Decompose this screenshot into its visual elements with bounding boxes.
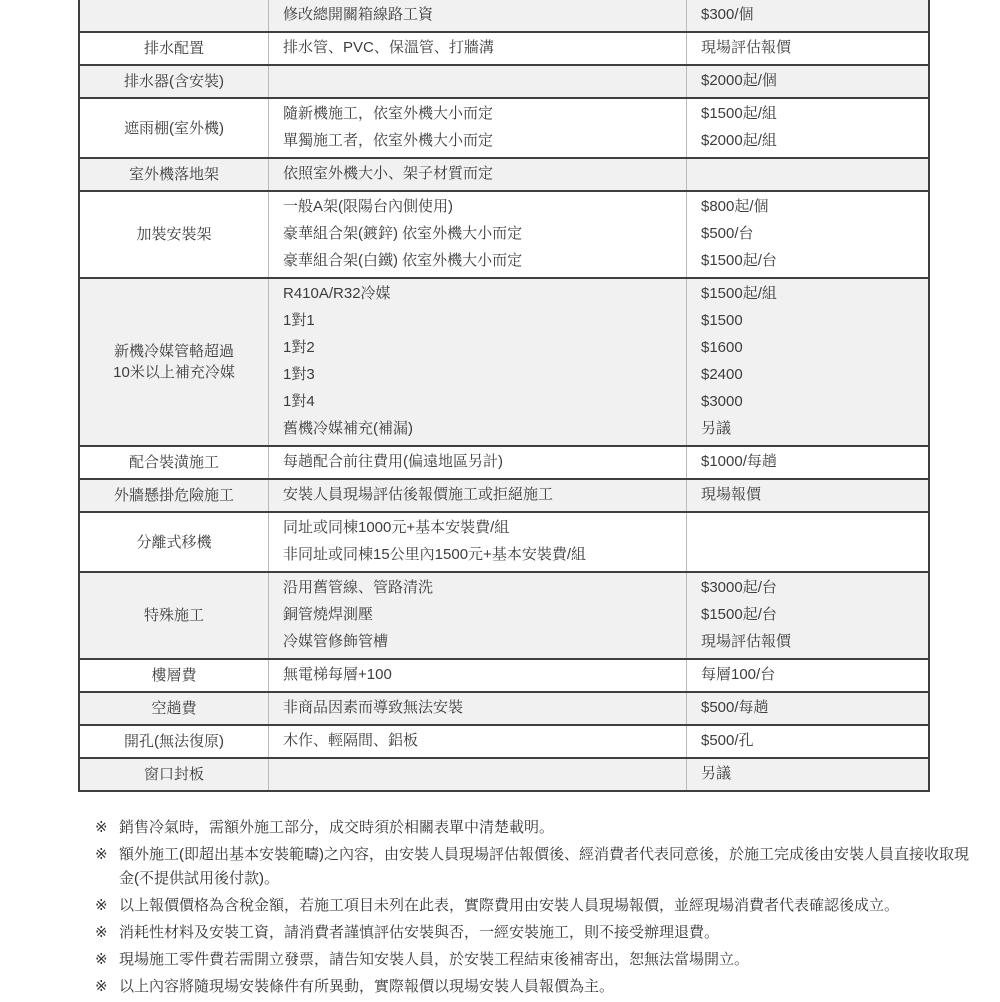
group-rows: 非商品因素而導致無法安裝$500/每趟: [268, 693, 928, 724]
table-group: 配合裝潢施工每趟配合前往費用(偏遠地區另計)$1000/每趟: [80, 445, 928, 478]
group-rows: 無電梯每層+100每層100/台: [268, 660, 928, 691]
price-cell: $3000: [686, 389, 928, 416]
table-row: 安裝人員現場評估後報價施工或拒絕施工現場報價: [268, 482, 928, 509]
table-group: 開孔(無法復原)木作、輕隔間、鋁板$500/孔: [80, 724, 928, 757]
group-rows: 依照室外機大小、架子材質而定: [268, 159, 928, 190]
description-cell: 1對4: [268, 389, 686, 416]
description-cell: 沿用舊管線、管路清洗: [268, 575, 686, 602]
price-cell: 現場評估報價: [686, 35, 928, 62]
category-cell: 排水器(含安裝): [80, 66, 268, 97]
table-row: 1對1$1500: [268, 308, 928, 335]
description-cell: 舊機冷媒補充(補漏): [268, 416, 686, 443]
price-cell: $3000起/台: [686, 575, 928, 602]
table-row: 豪華組合架(鍍鋅) 依室外機大小而定$500/台: [268, 221, 928, 248]
group-rows: 沿用舊管線、管路清洗$3000起/台銅管燒焊測壓$1500起/台冷媒管修飾管槽現…: [268, 573, 928, 658]
table-group: 樓層費無電梯每層+100每層100/台: [80, 658, 928, 691]
category-cell: [80, 0, 268, 31]
note-text: 銷售冷氣時，需額外施工部分，成交時須於相關表單中清楚載明。: [119, 816, 979, 840]
group-rows: 另議: [268, 759, 928, 790]
note-marker: ※: [95, 975, 119, 999]
table-row: $2000起/個: [268, 68, 928, 95]
table-row: 沿用舊管線、管路清洗$3000起/台: [268, 575, 928, 602]
price-cell: $500/孔: [686, 728, 928, 755]
table-group: 排水配置排水管、PVC、保溫管、打牆溝現場評估報價: [80, 31, 928, 64]
note-item: ※現場施工零件費若需開立發票，請告知安裝人員，於安裝工程結束後補寄出，恕無法當場…: [95, 948, 979, 972]
table-row: 冷媒管修飾管槽現場評估報價: [268, 629, 928, 656]
table-group: 加裝安裝架一般A架(限陽台內側使用)$800起/個豪華組合架(鍍鋅) 依室外機大…: [80, 190, 928, 277]
table-group: 修改總開關箱線路工資$300/個: [80, 0, 928, 31]
note-item: ※消耗性材料及安裝工資，請消費者謹慎評估安裝與否，一經安裝施工，則不接受辦理退費…: [95, 921, 979, 945]
group-rows: $2000起/個: [268, 66, 928, 97]
category-cell: 配合裝潢施工: [80, 447, 268, 478]
price-cell: $1500: [686, 308, 928, 335]
group-rows: 一般A架(限陽台內側使用)$800起/個豪華組合架(鍍鋅) 依室外機大小而定$5…: [268, 192, 928, 277]
table-row: 非同址或同棟15公里內1500元+基本安裝費/組: [268, 542, 928, 569]
note-item: ※以上內容將隨現場安裝條件有所異動，實際報價以現場安裝人員報價為主。: [95, 975, 979, 999]
category-cell: 新機冷媒管輅超過 10米以上補充冷媒: [80, 279, 268, 445]
description-cell: 豪華組合架(鍍鋅) 依室外機大小而定: [268, 221, 686, 248]
price-cell: [686, 542, 928, 569]
table-group: 室外機落地架依照室外機大小、架子材質而定: [80, 157, 928, 190]
category-cell: 遮雨棚(室外機): [80, 99, 268, 157]
table-row: 豪華組合架(白鐵) 依室外機大小而定$1500起/台: [268, 248, 928, 275]
price-cell: [686, 515, 928, 542]
note-item: ※額外施工(即超出基本安裝範疇)之內容，由安裝人員現場評估報價後、經消費者代表同…: [95, 843, 979, 891]
price-cell: $300/個: [686, 2, 928, 29]
group-rows: 隨新機施工，依室外機大小而定$1500起/組單獨施工者，依室外機大小而定$200…: [268, 99, 928, 157]
description-cell: 1對1: [268, 308, 686, 335]
description-cell: 銅管燒焊測壓: [268, 602, 686, 629]
price-cell: 另議: [686, 416, 928, 443]
description-cell: 一般A架(限陽台內側使用): [268, 194, 686, 221]
table-row: 隨新機施工，依室外機大小而定$1500起/組: [268, 101, 928, 128]
price-cell: $1500起/台: [686, 248, 928, 275]
description-cell: [268, 68, 686, 95]
table-group: 遮雨棚(室外機)隨新機施工，依室外機大小而定$1500起/組單獨施工者，依室外機…: [80, 97, 928, 157]
table-row: 同址或同棟1000元+基本安裝費/組: [268, 515, 928, 542]
table-row: 依照室外機大小、架子材質而定: [268, 161, 928, 188]
note-text: 額外施工(即超出基本安裝範疇)之內容，由安裝人員現場評估報價後、經消費者代表同意…: [119, 843, 979, 891]
note-item: ※銷售冷氣時，需額外施工部分，成交時須於相關表單中清楚載明。: [95, 816, 979, 840]
table-group: 特殊施工沿用舊管線、管路清洗$3000起/台銅管燒焊測壓$1500起/台冷媒管修…: [80, 571, 928, 658]
description-cell: [268, 761, 686, 788]
table-row: 1對3$2400: [268, 362, 928, 389]
price-cell: 現場評估報價: [686, 629, 928, 656]
description-cell: 冷媒管修飾管槽: [268, 629, 686, 656]
table-group: 窗口封板另議: [80, 757, 928, 790]
description-cell: R410A/R32冷媒: [268, 281, 686, 308]
table-row: 無電梯每層+100每層100/台: [268, 662, 928, 689]
table-group: 外牆懸掛危險施工安裝人員現場評估後報價施工或拒絕施工現場報價: [80, 478, 928, 511]
price-cell: $1500起/台: [686, 602, 928, 629]
table-row: 1對2$1600: [268, 335, 928, 362]
table-group: 空趟費非商品因素而導致無法安裝$500/每趟: [80, 691, 928, 724]
note-marker: ※: [95, 843, 119, 891]
description-cell: 每趟配合前往費用(偏遠地區另計): [268, 449, 686, 476]
table-row: 銅管燒焊測壓$1500起/台: [268, 602, 928, 629]
price-cell: 每層100/台: [686, 662, 928, 689]
price-cell: $800起/個: [686, 194, 928, 221]
price-cell: [686, 161, 928, 188]
price-cell: $1500起/組: [686, 281, 928, 308]
group-rows: 修改總開關箱線路工資$300/個: [268, 0, 928, 31]
description-cell: 單獨施工者，依室外機大小而定: [268, 128, 686, 155]
price-cell: 現場報價: [686, 482, 928, 509]
note-text: 現場施工零件費若需開立發票，請告知安裝人員，於安裝工程結束後補寄出，恕無法當場開…: [119, 948, 979, 972]
table-row: 舊機冷媒補充(補漏)另議: [268, 416, 928, 443]
category-cell: 空趟費: [80, 693, 268, 724]
price-cell: 另議: [686, 761, 928, 788]
description-cell: 排水管、PVC、保溫管、打牆溝: [268, 35, 686, 62]
group-rows: 木作、輕隔間、鋁板$500/孔: [268, 726, 928, 757]
price-cell: $2400: [686, 362, 928, 389]
note-text: 以上內容將隨現場安裝條件有所異動，實際報價以現場安裝人員報價為主。: [119, 975, 979, 999]
note-item: ※以上報價價格為含稅金額，若施工項目未列在此表，實際費用由安裝人員現場報價，並經…: [95, 894, 979, 918]
table-row: 單獨施工者，依室外機大小而定$2000起/組: [268, 128, 928, 155]
note-marker: ※: [95, 894, 119, 918]
description-cell: 隨新機施工，依室外機大小而定: [268, 101, 686, 128]
category-cell: 特殊施工: [80, 573, 268, 658]
table-row: 另議: [268, 761, 928, 788]
price-cell: $500/每趟: [686, 695, 928, 722]
description-cell: 1對2: [268, 335, 686, 362]
table-row: 排水管、PVC、保溫管、打牆溝現場評估報價: [268, 35, 928, 62]
category-cell: 分離式移機: [80, 513, 268, 571]
note-text: 以上報價價格為含稅金額，若施工項目未列在此表，實際費用由安裝人員現場報價，並經現…: [119, 894, 979, 918]
table-row: 每趟配合前往費用(偏遠地區另計)$1000/每趟: [268, 449, 928, 476]
group-rows: 同址或同棟1000元+基本安裝費/組非同址或同棟15公里內1500元+基本安裝費…: [268, 513, 928, 571]
table-row: 1對4$3000: [268, 389, 928, 416]
description-cell: 依照室外機大小、架子材質而定: [268, 161, 686, 188]
table-row: R410A/R32冷媒$1500起/組: [268, 281, 928, 308]
description-cell: 同址或同棟1000元+基本安裝費/組: [268, 515, 686, 542]
table-row: 木作、輕隔間、鋁板$500/孔: [268, 728, 928, 755]
group-rows: 安裝人員現場評估後報價施工或拒絕施工現場報價: [268, 480, 928, 511]
description-cell: 豪華組合架(白鐵) 依室外機大小而定: [268, 248, 686, 275]
note-marker: ※: [95, 816, 119, 840]
note-marker: ※: [95, 921, 119, 945]
description-cell: 1對3: [268, 362, 686, 389]
description-cell: 木作、輕隔間、鋁板: [268, 728, 686, 755]
description-cell: 安裝人員現場評估後報價施工或拒絕施工: [268, 482, 686, 509]
price-cell: $1000/每趟: [686, 449, 928, 476]
price-cell: $500/台: [686, 221, 928, 248]
table-group: 新機冷媒管輅超過 10米以上補充冷媒R410A/R32冷媒$1500起/組1對1…: [80, 277, 928, 445]
category-cell: 窗口封板: [80, 759, 268, 790]
category-cell: 排水配置: [80, 33, 268, 64]
note-marker: ※: [95, 948, 119, 972]
table-group: 分離式移機同址或同棟1000元+基本安裝費/組非同址或同棟15公里內1500元+…: [80, 511, 928, 571]
description-cell: 無電梯每層+100: [268, 662, 686, 689]
table-row: 一般A架(限陽台內側使用)$800起/個: [268, 194, 928, 221]
category-cell: 加裝安裝架: [80, 192, 268, 277]
footnotes: ※銷售冷氣時，需額外施工部分，成交時須於相關表單中清楚載明。※額外施工(即超出基…: [95, 816, 979, 1002]
group-rows: R410A/R32冷媒$1500起/組1對1$15001對2$16001對3$2…: [268, 279, 928, 445]
price-cell: $2000起/個: [686, 68, 928, 95]
description-cell: 非商品因素而導致無法安裝: [268, 695, 686, 722]
table-row: 修改總開關箱線路工資$300/個: [268, 2, 928, 29]
price-cell: $1500起/組: [686, 101, 928, 128]
price-cell: $2000起/組: [686, 128, 928, 155]
category-cell: 開孔(無法復原): [80, 726, 268, 757]
note-text: 消耗性材料及安裝工資，請消費者謹慎評估安裝與否，一經安裝施工，則不接受辦理退費。: [119, 921, 979, 945]
description-cell: 修改總開關箱線路工資: [268, 2, 686, 29]
group-rows: 每趟配合前往費用(偏遠地區另計)$1000/每趟: [268, 447, 928, 478]
table-row: 非商品因素而導致無法安裝$500/每趟: [268, 695, 928, 722]
category-cell: 外牆懸掛危險施工: [80, 480, 268, 511]
description-cell: 非同址或同棟15公里內1500元+基本安裝費/組: [268, 542, 686, 569]
table-group: 排水器(含安裝)$2000起/個: [80, 64, 928, 97]
group-rows: 排水管、PVC、保溫管、打牆溝現場評估報價: [268, 33, 928, 64]
pricing-table: 修改總開關箱線路工資$300/個排水配置排水管、PVC、保溫管、打牆溝現場評估報…: [78, 0, 930, 792]
category-cell: 樓層費: [80, 660, 268, 691]
category-cell: 室外機落地架: [80, 159, 268, 190]
price-cell: $1600: [686, 335, 928, 362]
